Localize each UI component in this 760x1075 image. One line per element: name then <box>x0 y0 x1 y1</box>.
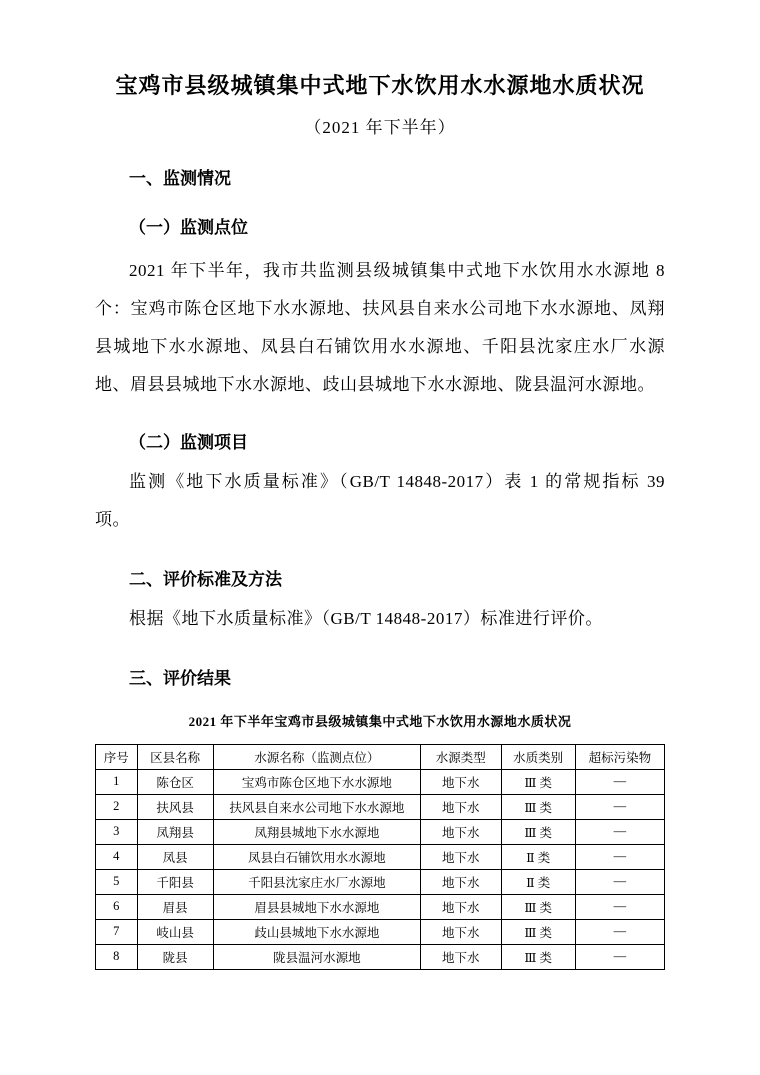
evaluation-method-paragraph: 根据《地下水质量标准》（GB/T 14848-2017）标准进行评价。 <box>95 600 665 638</box>
header-index: 序号 <box>96 744 138 769</box>
cell-exceed-pollutant: — <box>575 844 664 869</box>
cell-index: 4 <box>96 844 138 869</box>
cell-quality-class: Ⅲ 类 <box>501 919 575 944</box>
cell-index: 8 <box>96 944 138 969</box>
cell-quality-class: Ⅲ 类 <box>501 769 575 794</box>
cell-source-type: 地下水 <box>420 894 501 919</box>
cell-index: 2 <box>96 794 138 819</box>
cell-source-name: 凤翔县城地下水水源地 <box>213 819 420 844</box>
table-caption: 2021 年下半年宝鸡市县级城镇集中式地下水饮用水源地水质状况 <box>95 711 665 730</box>
document-title: 宝鸡市县级城镇集中式地下水饮用水水源地水质状况 <box>95 72 665 101</box>
header-quality-class: 水质类别 <box>501 744 575 769</box>
header-source-name: 水源名称（监测点位） <box>213 744 420 769</box>
table-row: 2扶风县扶风县自来水公司地下水水源地地下水Ⅲ 类— <box>96 794 665 819</box>
cell-source-type: 地下水 <box>420 944 501 969</box>
cell-source-type: 地下水 <box>420 819 501 844</box>
monitoring-sites-paragraph: 2021 年下半年，我市共监测县级城镇集中式地下水饮用水水源地 8 个：宝鸡市陈… <box>95 252 665 404</box>
cell-source-type: 地下水 <box>420 844 501 869</box>
table-row: 4凤县凤县白石铺饮用水水源地地下水Ⅱ 类— <box>96 844 665 869</box>
cell-district: 凤翔县 <box>137 819 213 844</box>
cell-district: 扶风县 <box>137 794 213 819</box>
header-district: 区县名称 <box>137 744 213 769</box>
cell-source-type: 地下水 <box>420 769 501 794</box>
cell-exceed-pollutant: — <box>575 819 664 844</box>
section-3-heading: 三、评价结果 <box>95 664 665 689</box>
cell-district: 陇县 <box>137 944 213 969</box>
cell-district: 岐山县 <box>137 919 213 944</box>
cell-quality-class: Ⅲ 类 <box>501 894 575 919</box>
cell-source-name: 扶风县自来水公司地下水水源地 <box>213 794 420 819</box>
cell-district: 眉县 <box>137 894 213 919</box>
cell-index: 1 <box>96 769 138 794</box>
table-row: 3凤翔县凤翔县城地下水水源地地下水Ⅲ 类— <box>96 819 665 844</box>
cell-quality-class: Ⅲ 类 <box>501 819 575 844</box>
section-1-heading: 一、监测情况 <box>95 164 665 189</box>
cell-exceed-pollutant: — <box>575 919 664 944</box>
cell-index: 6 <box>96 894 138 919</box>
table-row: 7岐山县歧山县城地下水水源地地下水Ⅲ 类— <box>96 919 665 944</box>
table-row: 1陈仓区宝鸡市陈仓区地下水水源地地下水Ⅲ 类— <box>96 769 665 794</box>
document-page: 宝鸡市县级城镇集中式地下水饮用水水源地水质状况 （2021 年下半年） 一、监测… <box>0 0 760 1075</box>
header-source-type: 水源类型 <box>420 744 501 769</box>
cell-quality-class: Ⅲ 类 <box>501 944 575 969</box>
cell-district: 千阳县 <box>137 869 213 894</box>
table-row: 6眉县眉县县城地下水水源地地下水Ⅲ 类— <box>96 894 665 919</box>
table-row: 5千阳县千阳县沈家庄水厂水源地地下水Ⅱ 类— <box>96 869 665 894</box>
cell-source-name: 凤县白石铺饮用水水源地 <box>213 844 420 869</box>
cell-quality-class: Ⅲ 类 <box>501 794 575 819</box>
cell-exceed-pollutant: — <box>575 869 664 894</box>
cell-source-name: 歧山县城地下水水源地 <box>213 919 420 944</box>
cell-source-name: 陇县温河水源地 <box>213 944 420 969</box>
cell-quality-class: Ⅱ 类 <box>501 844 575 869</box>
water-quality-table: 序号 区县名称 水源名称（监测点位） 水源类型 水质类别 超标污染物 1陈仓区宝… <box>95 744 665 970</box>
cell-source-name: 宝鸡市陈仓区地下水水源地 <box>213 769 420 794</box>
table-row: 8陇县陇县温河水源地地下水Ⅲ 类— <box>96 944 665 969</box>
monitoring-items-paragraph: 监测《地下水质量标准》（GB/T 14848-2017）表 1 的常规指标 39… <box>95 463 665 539</box>
cell-district: 凤县 <box>137 844 213 869</box>
cell-source-name: 眉县县城地下水水源地 <box>213 894 420 919</box>
cell-quality-class: Ⅱ 类 <box>501 869 575 894</box>
cell-district: 陈仓区 <box>137 769 213 794</box>
section-1-2-heading: （二）监测项目 <box>95 428 665 453</box>
cell-source-type: 地下水 <box>420 794 501 819</box>
cell-index: 3 <box>96 819 138 844</box>
cell-exceed-pollutant: — <box>575 769 664 794</box>
header-exceed-pollutant: 超标污染物 <box>575 744 664 769</box>
section-2-heading: 二、评价标准及方法 <box>95 565 665 590</box>
cell-exceed-pollutant: — <box>575 944 664 969</box>
document-subtitle: （2021 年下半年） <box>95 113 665 138</box>
cell-exceed-pollutant: — <box>575 894 664 919</box>
cell-source-name: 千阳县沈家庄水厂水源地 <box>213 869 420 894</box>
cell-source-type: 地下水 <box>420 919 501 944</box>
cell-index: 7 <box>96 919 138 944</box>
table-body: 1陈仓区宝鸡市陈仓区地下水水源地地下水Ⅲ 类—2扶风县扶风县自来水公司地下水水源… <box>96 769 665 969</box>
cell-exceed-pollutant: — <box>575 794 664 819</box>
cell-source-type: 地下水 <box>420 869 501 894</box>
section-1-1-heading: （一）监测点位 <box>95 213 665 238</box>
cell-index: 5 <box>96 869 138 894</box>
table-header-row: 序号 区县名称 水源名称（监测点位） 水源类型 水质类别 超标污染物 <box>96 744 665 769</box>
